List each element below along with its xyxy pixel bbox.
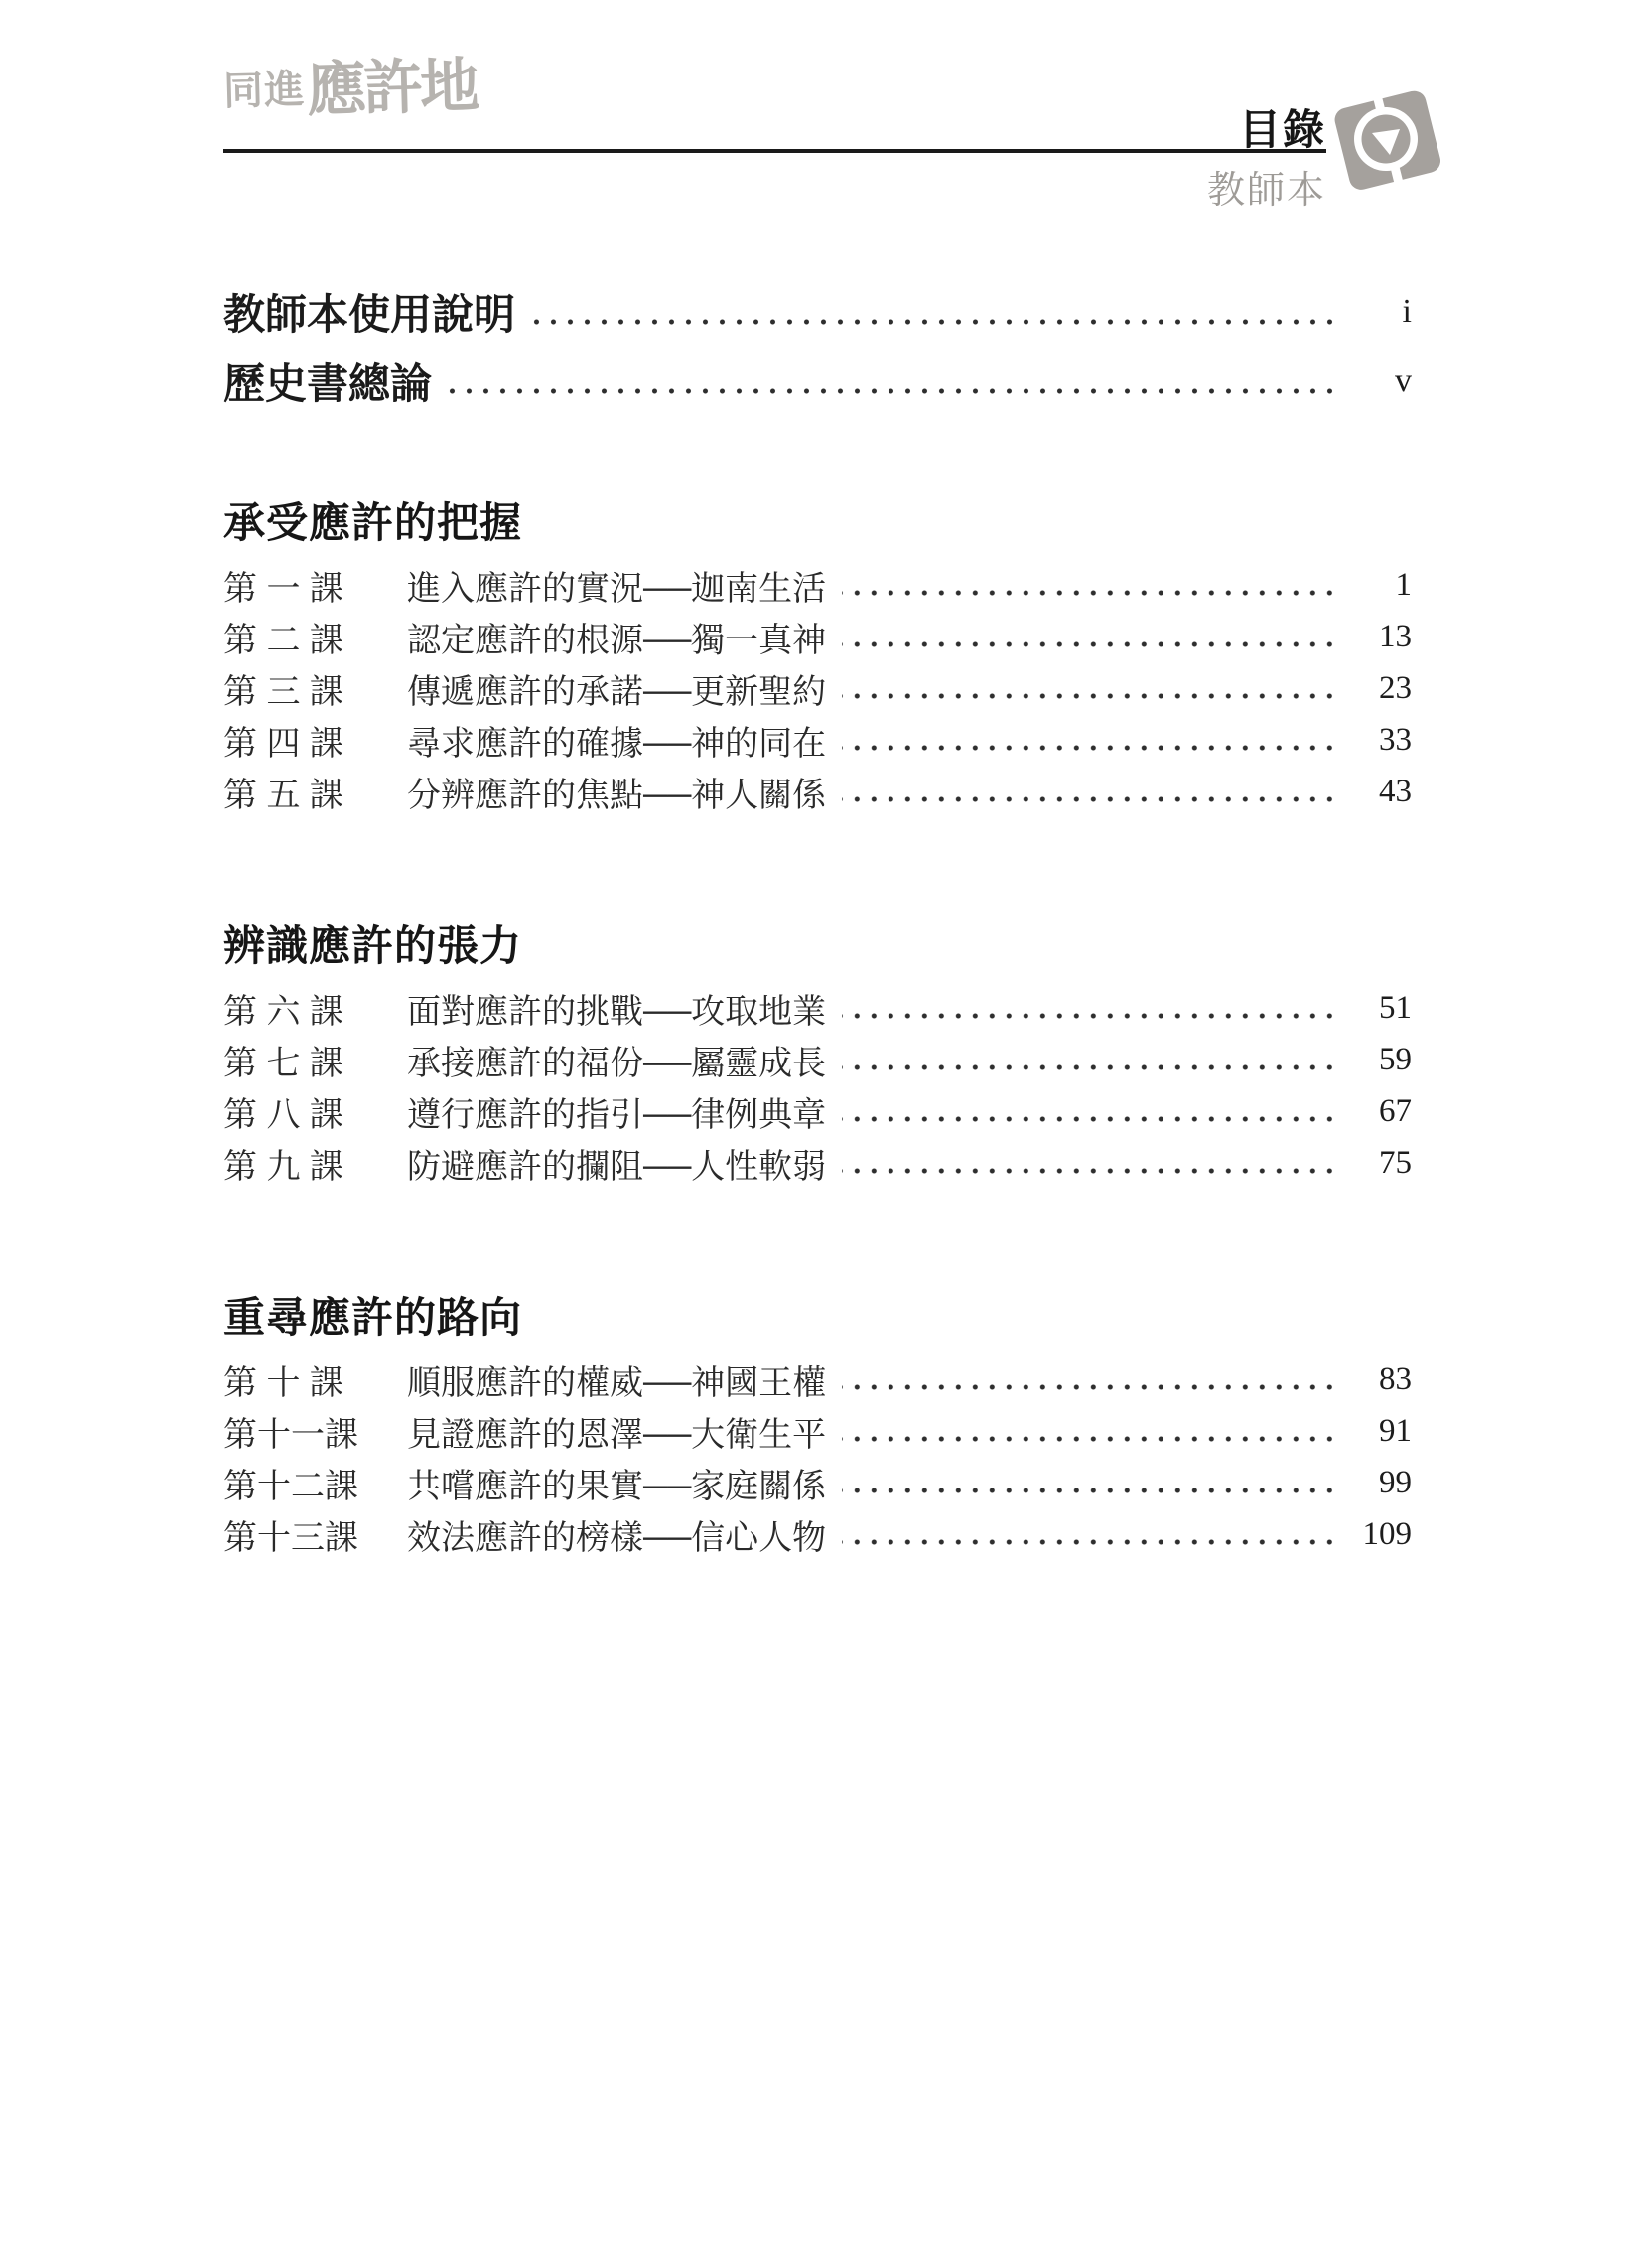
page-header: 同進 應許地 目錄 教師本 [223, 0, 1326, 211]
logo-text-small: 同進 [222, 58, 305, 116]
lesson-number: 第十三課 [223, 1510, 407, 1559]
lesson-title: 見證應許的恩澤──大衛生平 [407, 1407, 826, 1456]
lesson-row: 第十三課 效法應許的榜樣──信心人物 109 [223, 1508, 1412, 1560]
dot-leader [842, 795, 1338, 803]
lesson-number: 第 八 課 [223, 1087, 407, 1136]
lesson-title: 認定應許的根源──獨一真神 [407, 613, 826, 661]
lesson-title: 防避應許的攔阻──人性軟弱 [407, 1139, 826, 1188]
lesson-row: 第 三 課 傳遞應許的承諾──更新聖約 23 [223, 662, 1412, 714]
lesson-number: 第 五 課 [223, 768, 407, 816]
dot-leader [842, 1487, 1338, 1494]
lesson-page: 83 [1352, 1361, 1412, 1398]
lesson-page: 13 [1352, 619, 1412, 655]
toc-entry-title: 歷史書總論 [223, 352, 432, 411]
lesson-row: 第 五 課 分辨應許的焦點──神人關係 43 [223, 766, 1412, 817]
lesson-number: 第 六 課 [223, 984, 407, 1033]
toc-page: 同進 應許地 目錄 教師本 教師本使用說明 i [0, 0, 1642, 2268]
lesson-title: 進入應許的實況──迦南生活 [407, 561, 826, 610]
lesson-page: 67 [1352, 1093, 1412, 1130]
lesson-title: 分辨應許的焦點──神人關係 [407, 768, 826, 816]
dot-leader [842, 1167, 1338, 1175]
front-matter: 教師本使用說明 i 歷史書總論 v [223, 280, 1412, 413]
lesson-number: 第 七 課 [223, 1036, 407, 1084]
lesson-page: 51 [1352, 990, 1412, 1027]
lesson-title: 遵行應許的指引──律例典章 [407, 1087, 826, 1136]
dot-leader [531, 318, 1338, 326]
logo-text-large: 應許地 [306, 39, 478, 128]
lesson-title: 面對應許的挑戰──攻取地業 [407, 984, 826, 1033]
toc-entry: 歷史書總論 v [223, 350, 1412, 413]
toc-entry: 教師本使用說明 i [223, 280, 1412, 344]
dot-leader [842, 1063, 1338, 1071]
lesson-title: 承接應許的福份──屬靈成長 [407, 1036, 826, 1084]
dot-leader [842, 1115, 1338, 1123]
lesson-list: 第 一 課 進入應許的實況──迦南生活 1 第 二 課 認定應許的根源──獨一真… [223, 559, 1412, 817]
toc-entry-page: v [1352, 362, 1412, 400]
lesson-page: 109 [1352, 1516, 1412, 1553]
lesson-row: 第 一 課 進入應許的實況──迦南生活 1 [223, 559, 1412, 611]
toc-section-1: 承受應許的把握 第 一 課 進入應許的實況──迦南生活 1 第 二 課 認定應許… [223, 498, 1412, 817]
lesson-list: 第 六 課 面對應許的挑戰──攻取地業 51 第 七 課 承接應許的福份──屬靈… [223, 982, 1412, 1189]
lesson-number: 第 九 課 [223, 1139, 407, 1188]
lesson-page: 99 [1352, 1465, 1412, 1501]
toc-section-3: 重尋應許的路向 第 十 課 順服應許的權威──神國王權 83 第十一課 見證應許… [223, 1293, 1412, 1560]
lesson-row: 第 十 課 順服應許的權威──神國王權 83 [223, 1353, 1412, 1405]
toc-entry-title: 教師本使用說明 [223, 282, 515, 342]
dot-leader [842, 1383, 1338, 1391]
page-title: 目錄 [1239, 97, 1326, 157]
lesson-row: 第 二 課 認定應許的根源──獨一真神 13 [223, 611, 1412, 662]
lesson-title: 共嚐應許的果實──家庭關係 [407, 1459, 826, 1507]
lesson-page: 23 [1352, 670, 1412, 707]
lesson-page: 75 [1352, 1145, 1412, 1182]
dot-leader [842, 589, 1338, 597]
book-logo: 同進 應許地 [222, 39, 478, 131]
lesson-list: 第 十 課 順服應許的權威──神國王權 83 第十一課 見證應許的恩澤──大衛生… [223, 1353, 1412, 1560]
lesson-page: 1 [1352, 567, 1412, 604]
lesson-row: 第十一課 見證應許的恩澤──大衛生平 91 [223, 1405, 1412, 1457]
dot-leader [842, 1012, 1338, 1020]
dot-leader [842, 640, 1338, 648]
lesson-title: 傳遞應許的承諾──更新聖約 [407, 664, 826, 713]
lesson-row: 第 七 課 承接應許的福份──屬靈成長 59 [223, 1034, 1412, 1085]
section-heading: 重尋應許的路向 [223, 1293, 1412, 1343]
toc-section-2: 辨識應許的張力 第 六 課 面對應許的挑戰──攻取地業 51 第 七 課 承接應… [223, 921, 1412, 1189]
lesson-number: 第 四 課 [223, 716, 407, 765]
trefoil-badge-icon [1333, 85, 1444, 197]
lesson-title: 效法應許的榜樣──信心人物 [407, 1510, 826, 1559]
lesson-row: 第 九 課 防避應許的攔阻──人性軟弱 75 [223, 1137, 1412, 1189]
lesson-number: 第十一課 [223, 1407, 407, 1456]
edition-label: 教師本 [1207, 159, 1326, 213]
lesson-page: 43 [1352, 774, 1412, 810]
dot-leader [842, 1435, 1338, 1443]
lesson-number: 第 二 課 [223, 613, 407, 661]
lesson-row: 第 六 課 面對應許的挑戰──攻取地業 51 [223, 982, 1412, 1034]
lesson-number: 第 三 課 [223, 664, 407, 713]
lesson-page: 59 [1352, 1042, 1412, 1078]
lesson-number: 第 一 課 [223, 561, 407, 610]
header-rule [223, 149, 1326, 153]
lesson-page: 33 [1352, 722, 1412, 759]
dot-leader [448, 387, 1338, 395]
lesson-row: 第 四 課 尋求應許的確據──神的同在 33 [223, 714, 1412, 766]
lesson-page: 91 [1352, 1413, 1412, 1450]
lesson-title: 順服應許的權威──神國王權 [407, 1355, 826, 1404]
lesson-number: 第十二課 [223, 1459, 407, 1507]
table-of-contents: 教師本使用說明 i 歷史書總論 v 承受應許的把握 第 一 課 進入應許的實況─… [223, 280, 1412, 1560]
section-heading: 辨識應許的張力 [223, 921, 1412, 971]
lesson-number: 第 十 課 [223, 1355, 407, 1404]
toc-entry-page: i [1352, 293, 1412, 331]
section-heading: 承受應許的把握 [223, 498, 1412, 548]
dot-leader [842, 744, 1338, 752]
dot-leader [842, 1538, 1338, 1546]
lesson-row: 第 八 課 遵行應許的指引──律例典章 67 [223, 1085, 1412, 1137]
lesson-row: 第十二課 共嚐應許的果實──家庭關係 99 [223, 1457, 1412, 1508]
dot-leader [842, 692, 1338, 700]
lesson-title: 尋求應許的確據──神的同在 [407, 716, 826, 765]
